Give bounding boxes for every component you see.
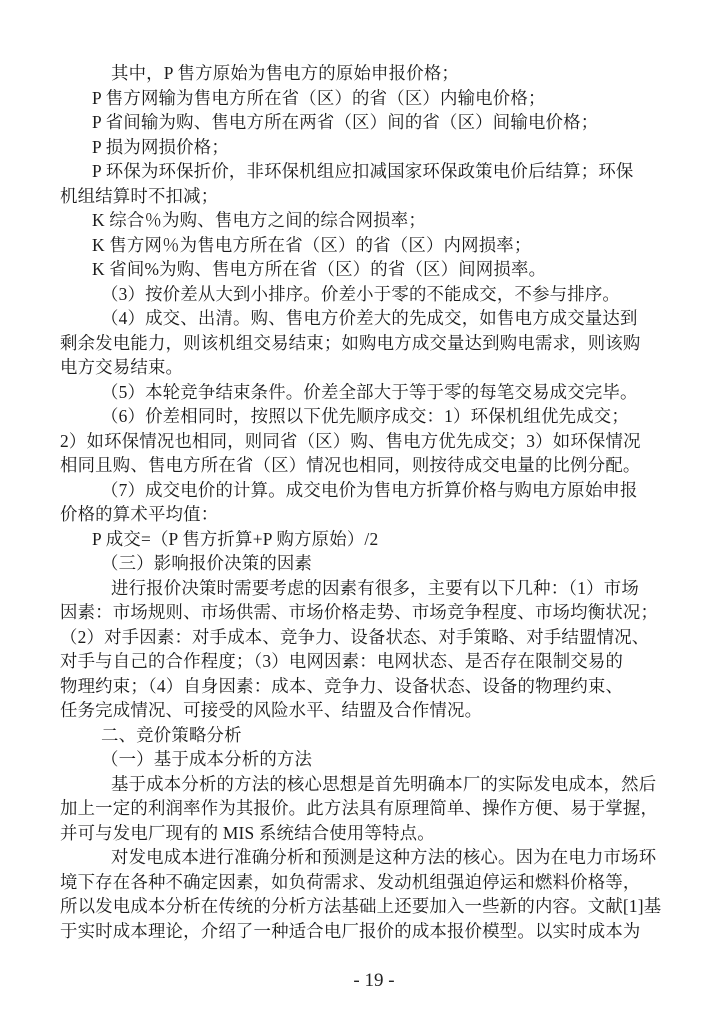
text-line: 任务完成情况、可接受的风险水平、结盟及合作情况。: [60, 698, 672, 723]
text-line: P 损为网损价格；: [60, 135, 672, 160]
paragraph: P 环保为环保折价，非环保机组应扣减国家环保政策电价后结算；环保机组结算时不扣减…: [60, 159, 672, 208]
document-page: 其中，P 售方原始为售电方的原始申报价格；P 售方网输为售电方所在省（区）的省（…: [0, 0, 724, 1024]
text-line: 因素：市场规则、市场供需、市场价格走势、市场竞争程度、市场均衡状况；: [60, 600, 672, 625]
text-line: K 省间%为购、售电方所在省（区）的省（区）间网损率。: [60, 257, 672, 282]
paragraph: P 损为网损价格；: [60, 135, 672, 160]
paragraph: P 售方网输为售电方所在省（区）的省（区）内输电价格；: [60, 86, 672, 111]
text-line: （7）成交电价的计算。成交电价为售电方折算价格与购电方原始申报: [60, 478, 672, 503]
text-line: K 综合％为购、售电方之间的综合网损率；: [60, 208, 672, 233]
text-line: （3）按价差从大到小排序。价差小于零的不能成交，不参与排序。: [60, 282, 672, 307]
text-line: （5）本轮竞争结束条件。价差全部大于等于零的每笔交易成交完毕。: [60, 380, 672, 405]
text-line: （一）基于成本分析的方法: [60, 747, 672, 772]
text-line: 2）如环保情况也相同，则同省（区）购、售电方优先成交；3）如环保情况: [60, 429, 672, 454]
paragraph: （7）成交电价的计算。成交电价为售电方折算价格与购电方原始申报价格的算术平均值：: [60, 478, 672, 527]
page-number: - 19 -: [0, 969, 724, 993]
paragraph: （3）按价差从大到小排序。价差小于零的不能成交，不参与排序。: [60, 282, 672, 307]
paragraph: 对发电成本进行准确分析和预测是这种方法的核心。因为在电力市场环境下存在各种不确定…: [60, 845, 672, 943]
text-line: 电方交易结束。: [60, 355, 672, 380]
paragraph: 进行报价决策时需要考虑的因素有很多，主要有以下几种：（1）市场因素：市场规则、市…: [60, 576, 672, 723]
text-line: 所以发电成本分析在传统的分析方法基础上还要加入一些新的内容。文献[1]基: [60, 894, 672, 919]
paragraph: （5）本轮竞争结束条件。价差全部大于等于零的每笔交易成交完毕。: [60, 380, 672, 405]
paragraph: （三）影响报价决策的因素: [60, 551, 672, 576]
text-line: 加上一定的利润率作为其报价。此方法具有原理简单、操作方便、易于掌握，: [60, 796, 672, 821]
text-line: （三）影响报价决策的因素: [60, 551, 672, 576]
text-line: P 省间输为购、售电方所在两省（区）间的省（区）间输电价格；: [60, 110, 672, 135]
page-body: 其中，P 售方原始为售电方的原始申报价格；P 售方网输为售电方所在省（区）的省（…: [60, 61, 672, 943]
text-line: P 售方网输为售电方所在省（区）的省（区）内输电价格；: [60, 86, 672, 111]
text-line: K 售方网％为售电方所在省（区）的省（区）内网损率；: [60, 233, 672, 258]
paragraph: P 成交=（P 售方折算+P 购方原始）/2: [60, 527, 672, 552]
paragraph: K 综合％为购、售电方之间的综合网损率；: [60, 208, 672, 233]
text-line: 剩余发电能力，则该机组交易结束；如购电方成交量达到购电需求，则该购: [60, 331, 672, 356]
text-line: P 环保为环保折价，非环保机组应扣减国家环保政策电价后结算；环保: [60, 159, 672, 184]
paragraph: 二、竞价策略分析: [60, 723, 672, 748]
text-line: 机组结算时不扣减；: [60, 184, 672, 209]
text-line: 对发电成本进行准确分析和预测是这种方法的核心。因为在电力市场环: [60, 845, 672, 870]
text-line: （6）价差相同时，按照以下优先顺序成交：1）环保机组优先成交；: [60, 404, 672, 429]
text-line: 境下存在各种不确定因素，如负荷需求、发动机组强迫停运和燃料价格等，: [60, 870, 672, 895]
text-line: 价格的算术平均值：: [60, 502, 672, 527]
text-line: 基于成本分析的方法的核心思想是首先明确本厂的实际发电成本，然后: [60, 772, 672, 797]
paragraph: （4）成交、出清。购、售电方价差大的先成交，如售电方成交量达到剩余发电能力，则该…: [60, 306, 672, 380]
paragraph: K 省间%为购、售电方所在省（区）的省（区）间网损率。: [60, 257, 672, 282]
paragraph: 其中，P 售方原始为售电方的原始申报价格；: [60, 61, 672, 86]
paragraph: （6）价差相同时，按照以下优先顺序成交：1）环保机组优先成交；2）如环保情况也相…: [60, 404, 672, 478]
text-line: 并可与发电厂现有的 MIS 系统结合使用等特点。: [60, 821, 672, 846]
text-line: 进行报价决策时需要考虑的因素有很多，主要有以下几种：（1）市场: [60, 576, 672, 601]
text-line: （4）成交、出清。购、售电方价差大的先成交，如售电方成交量达到: [60, 306, 672, 331]
text-line: （2）对手因素：对手成本、竞争力、设备状态、对手策略、对手结盟情况、: [60, 625, 672, 650]
text-line: 其中，P 售方原始为售电方的原始申报价格；: [60, 61, 672, 86]
paragraph: （一）基于成本分析的方法: [60, 747, 672, 772]
text-line: 对手与自己的合作程度；（3）电网因素：电网状态、是否存在限制交易的: [60, 649, 672, 674]
paragraph: P 省间输为购、售电方所在两省（区）间的省（区）间输电价格；: [60, 110, 672, 135]
paragraph: 基于成本分析的方法的核心思想是首先明确本厂的实际发电成本，然后加上一定的利润率作…: [60, 772, 672, 846]
text-line: 相同且购、售电方所在省（区）情况也相同，则按待成交电量的比例分配。: [60, 453, 672, 478]
text-line: 二、竞价策略分析: [60, 723, 672, 748]
text-line: 物理约束；（4）自身因素：成本、竞争力、设备状态、设备的物理约束、: [60, 674, 672, 699]
text-line: P 成交=（P 售方折算+P 购方原始）/2: [60, 527, 672, 552]
text-line: 于实时成本理论，介绍了一种适合电厂报价的成本报价模型。以实时成本为: [60, 919, 672, 944]
paragraph: K 售方网％为售电方所在省（区）的省（区）内网损率；: [60, 233, 672, 258]
